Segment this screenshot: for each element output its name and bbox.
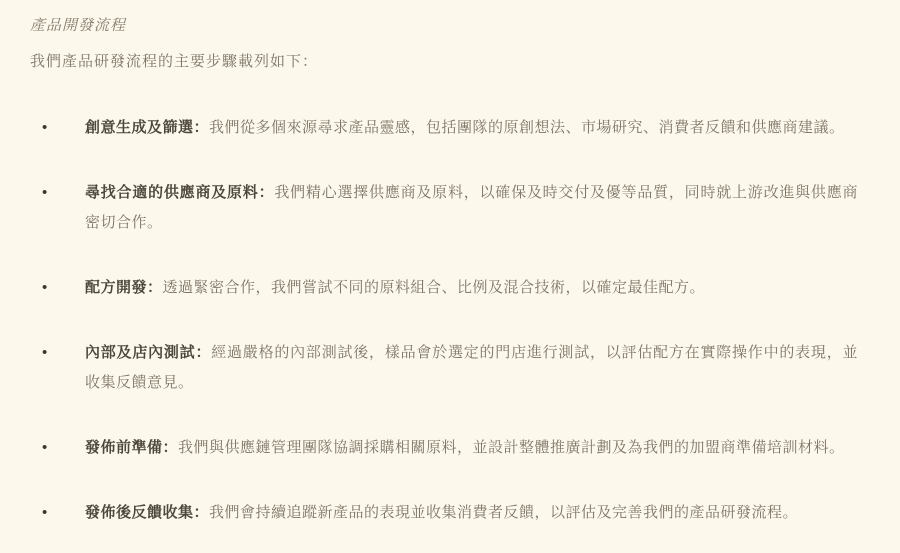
step-description: 透過緊密合作，我們嘗試不同的原料組合、比例及混合技術，以確定最佳配方。 — [163, 279, 706, 296]
document-page: 產品開發流程 我們產品研發流程的主要步驟載列如下： • 創意生成及篩選：我們從多… — [0, 0, 900, 553]
step-label: 尋找合適的供應商及原料： — [85, 184, 274, 201]
step-label: 配方開發： — [85, 279, 163, 296]
list-item: • 發佈後反饋收集：我們會持續追蹤新產品的表現並收集消費者反饋，以評估及完善我們… — [30, 498, 858, 528]
bullet-icon: • — [42, 273, 85, 303]
step-text: 創意生成及篩選：我們從多個來源尋求產品靈感，包括團隊的原創想法、市場研究、消費者… — [85, 113, 858, 143]
list-item: • 尋找合適的供應商及原料：我們精心選擇供應商及原料，以確保及時交付及優等品質，… — [30, 178, 858, 238]
step-text: 發佈後反饋收集：我們會持續追蹤新產品的表現並收集消費者反饋，以評估及完善我們的產… — [85, 498, 858, 528]
bullet-icon: • — [42, 498, 85, 528]
step-description: 我們從多個來源尋求產品靈感，包括團隊的原創想法、市場研究、消費者反饋和供應商建議… — [209, 119, 845, 136]
list-item: • 創意生成及篩選：我們從多個來源尋求產品靈感，包括團隊的原創想法、市場研究、消… — [30, 113, 858, 143]
step-text: 尋找合適的供應商及原料：我們精心選擇供應商及原料，以確保及時交付及優等品質，同時… — [85, 178, 858, 238]
bullet-icon: • — [42, 178, 85, 208]
step-text: 內部及店內測試：經過嚴格的內部測試後，樣品會於選定的門店進行測試，以評估配方在實… — [85, 338, 858, 398]
list-item: • 配方開發：透過緊密合作，我們嘗試不同的原料組合、比例及混合技術，以確定最佳配… — [30, 273, 858, 303]
step-label: 內部及店內測試： — [85, 344, 211, 361]
list-item: • 發佈前準備：我們與供應鏈管理團隊協調採購相關原料，並設計整體推廣計劃及為我們… — [30, 433, 858, 463]
bullet-icon: • — [42, 433, 85, 463]
list-item: • 內部及店內測試：經過嚴格的內部測試後，樣品會於選定的門店進行測試，以評估配方… — [30, 338, 858, 398]
step-description: 我們與供應鏈管理團隊協調採購相關原料，並設計整體推廣計劃及為我們的加盟商準備培訓… — [178, 439, 845, 456]
step-text: 配方開發：透過緊密合作，我們嘗試不同的原料組合、比例及混合技術，以確定最佳配方。 — [85, 273, 858, 303]
process-steps-list: • 創意生成及篩選：我們從多個來源尋求產品靈感，包括團隊的原創想法、市場研究、消… — [30, 113, 858, 528]
page-title: 產品開發流程 — [30, 16, 858, 36]
intro-text: 我們產品研發流程的主要步驟載列如下： — [30, 51, 858, 73]
step-text: 發佈前準備：我們與供應鏈管理團隊協調採購相關原料，並設計整體推廣計劃及為我們的加… — [85, 433, 858, 463]
bullet-icon: • — [42, 338, 85, 368]
step-label: 發佈前準備： — [85, 439, 178, 456]
step-label: 發佈後反饋收集： — [85, 504, 209, 521]
bullet-icon: • — [42, 113, 85, 143]
step-description: 我們會持續追蹤新產品的表現並收集消費者反饋，以評估及完善我們的產品研發流程。 — [209, 504, 798, 521]
step-label: 創意生成及篩選： — [85, 119, 209, 136]
